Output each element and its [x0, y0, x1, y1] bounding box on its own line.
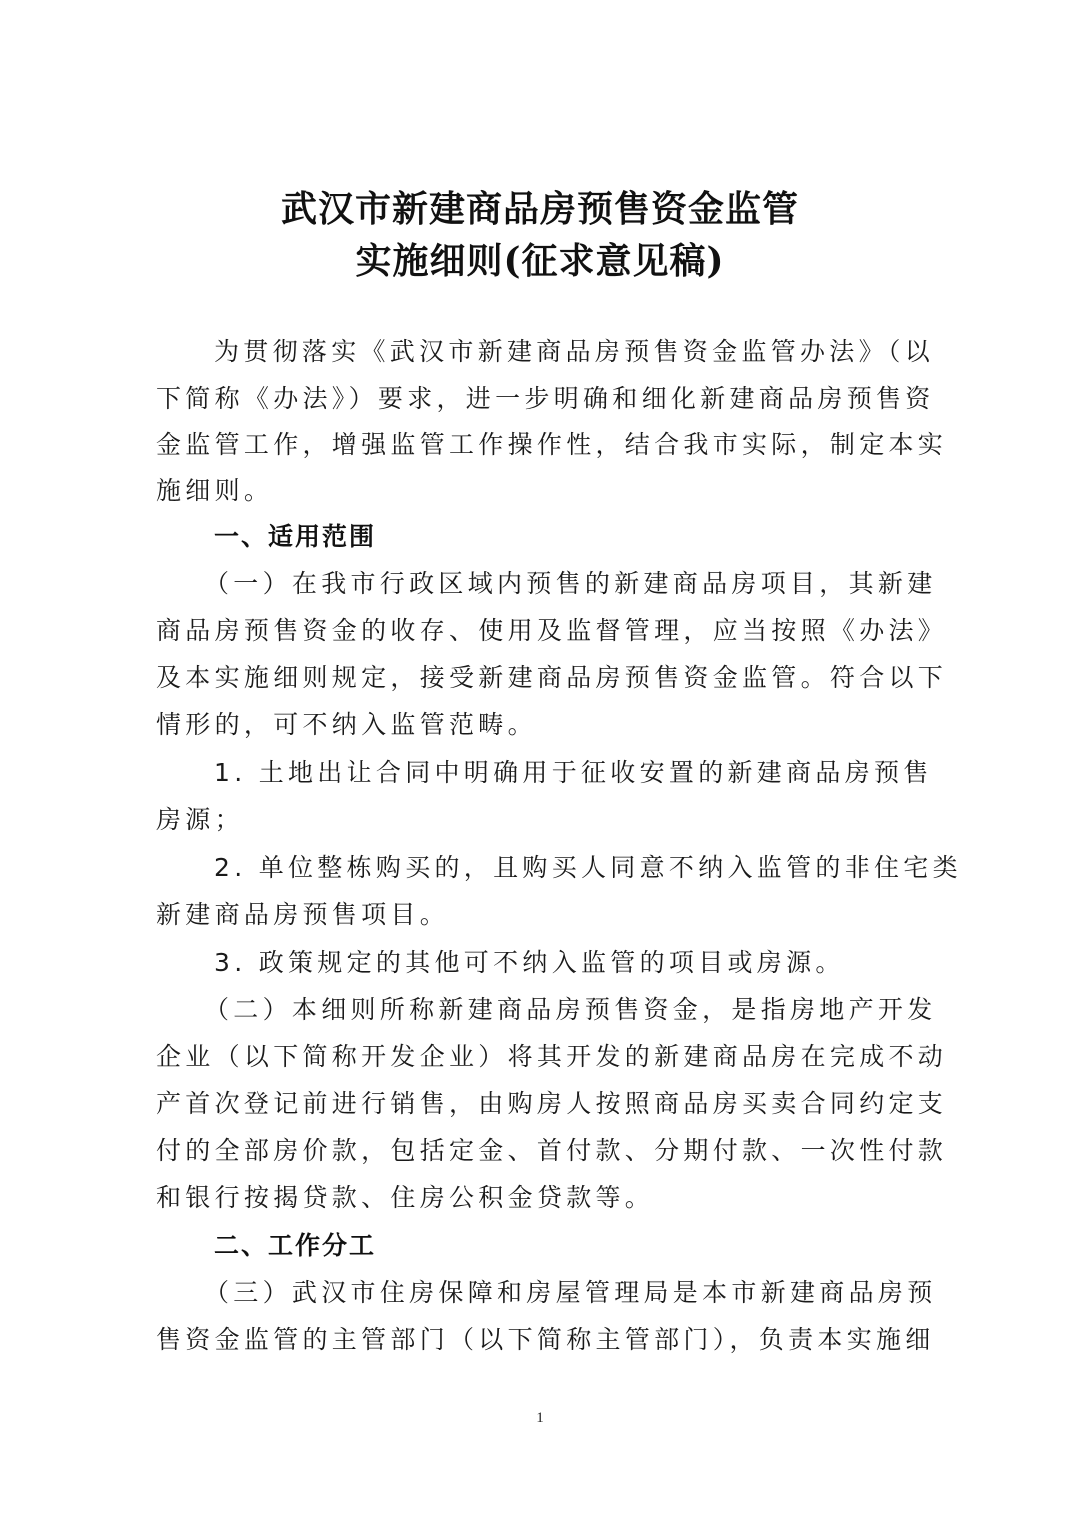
item-1-line-2: 房源；	[156, 802, 926, 838]
clause-2-line-1: （二）本细则所称新建商品房预售资金，是指房地产开发	[204, 992, 974, 1028]
document-page: 武汉市新建商品房预售资金监管 实施细则(征求意见稿) 为贯彻落实《武汉市新建商品…	[0, 0, 1080, 1527]
section-heading-division-of-work: 二、工作分工	[214, 1228, 376, 1264]
item-1-line-1: 1. 土地出让合同中明确用于征收安置的新建商品房预售	[214, 755, 984, 791]
document-title-line-1: 武汉市新建商品房预售资金监管	[0, 184, 1080, 234]
clause-3-line-2: 售资金监管的主管部门（以下简称主管部门），负责本实施细	[156, 1322, 926, 1358]
section-heading-scope: 一、适用范围	[214, 519, 376, 555]
clause-2-line-5: 和银行按揭贷款、住房公积金贷款等。	[156, 1180, 926, 1216]
clause-1-line-2: 商品房预售资金的收存、使用及监督管理，应当按照《办法》	[156, 613, 926, 649]
clause-2-line-2: 企业（以下简称开发企业）将其开发的新建商品房在完成不动	[156, 1039, 926, 1075]
page-number: 1	[0, 1410, 1080, 1427]
preamble-line-4: 施细则。	[156, 473, 926, 509]
clause-1-line-3: 及本实施细则规定，接受新建商品房预售资金监管。符合以下	[156, 660, 926, 696]
clause-2-line-3: 产首次登记前进行销售，由购房人按照商品房买卖合同约定支	[156, 1086, 926, 1122]
item-2-line-2: 新建商品房预售项目。	[156, 897, 926, 933]
item-3-line-1: 3. 政策规定的其他可不纳入监管的项目或房源。	[214, 945, 984, 981]
clause-1-line-4: 情形的，可不纳入监管范畴。	[156, 707, 926, 743]
clause-2-line-4: 付的全部房价款，包括定金、首付款、分期付款、一次性付款	[156, 1133, 926, 1169]
clause-1-line-1: （一）在我市行政区域内预售的新建商品房项目，其新建	[204, 566, 974, 602]
item-2-line-1: 2. 单位整栋购买的，且购买人同意不纳入监管的非住宅类	[214, 850, 984, 886]
preamble-line-1: 为贯彻落实《武汉市新建商品房预售资金监管办法》（以	[214, 334, 984, 370]
preamble-line-2: 下简称《办法》）要求，进一步明确和细化新建商品房预售资	[156, 381, 926, 417]
preamble-line-3: 金监管工作，增强监管工作操作性，结合我市实际，制定本实	[156, 427, 926, 463]
document-title-line-2: 实施细则(征求意见稿)	[0, 236, 1080, 286]
clause-3-line-1: （三）武汉市住房保障和房屋管理局是本市新建商品房预	[204, 1275, 974, 1311]
